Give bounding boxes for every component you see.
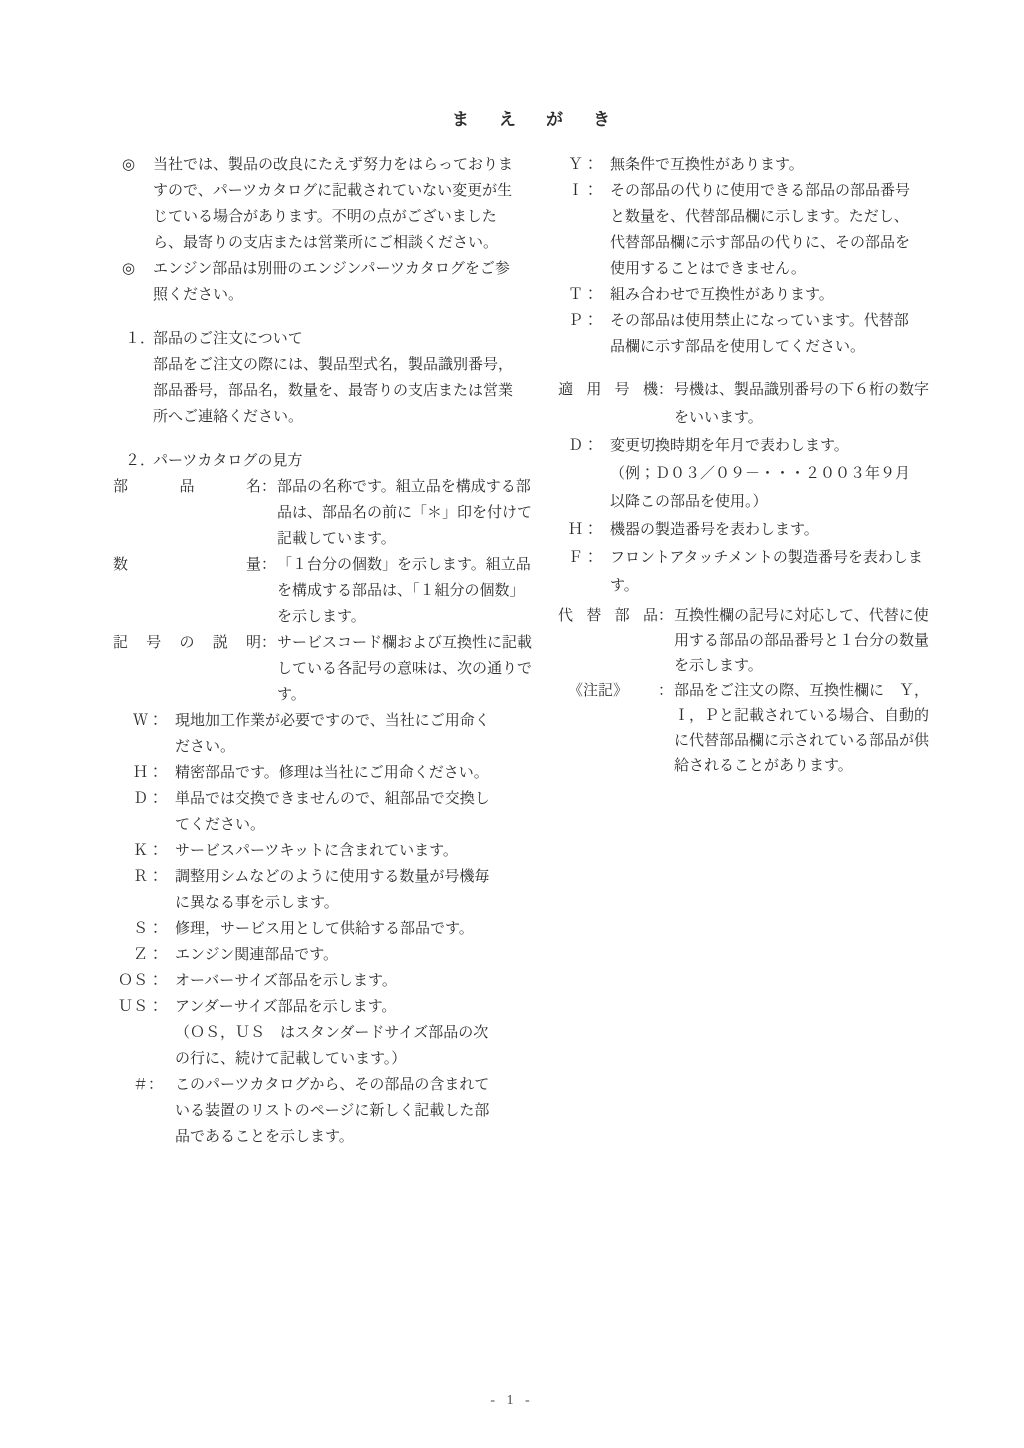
note-item: ◎ 当社では、製品の改良にたえず努力をはらっておりますので、パーツカタログに記載… [113, 152, 533, 256]
remark-desc: 部品をご注文の際、互換性欄に Ｙ，Ｉ，Ｐと記載されている場合、自動的に代替部品欄… [674, 679, 935, 779]
definition-desc: サービスコード欄および互換性に記載している各記号の意味は、次の通りです。 [277, 630, 533, 708]
definition-row: 記号の説明 ： サービスコード欄および互換性に記載している各記号の意味は、次の通… [113, 630, 533, 708]
section-heading: １． 部品のご注文について [125, 326, 533, 352]
section-heading: ２． パーツカタログの見方 [125, 448, 533, 474]
definition-term: 代替部品 [558, 604, 658, 629]
section-number: ２． [125, 448, 153, 474]
symbol-desc: 調整用シムなどのように使用する数量が号機毎に異なる事を示します。 [175, 864, 501, 916]
definition-colon: ： [261, 474, 277, 500]
symbol-code: Ｚ： [113, 942, 163, 968]
definition-term: 部品名 [113, 474, 261, 500]
symbol-row: Ｆ： フロントアタッチメントの製造番号を表わします。 [558, 544, 940, 600]
remark-row: 《注記》 ： 部品をご注文の際、互換性欄に Ｙ，Ｉ，Ｐと記載されている場合、自動… [558, 679, 940, 779]
symbol-desc: 修理，サービス用として供給する部品です。 [175, 916, 501, 942]
definition-term: 適用号機 [558, 376, 658, 404]
symbol-code: Ｐ： [558, 308, 598, 334]
symbol-desc: アンダーサイズ部品を示します。 （ＯＳ，ＵＳ はスタンダードサイズ部品の次の行に… [175, 994, 501, 1072]
definition-colon: ： [261, 630, 277, 656]
symbol-row: Ｚ： エンジン関連部品です。 [113, 942, 533, 968]
applicable-serial-block: 適用号機 ： 号機は、製品識別番号の下６桁の数字をいいます。 Ｄ： 変更切換時期… [558, 376, 940, 600]
symbol-row: Ｈ： 精密部品です。修理は当社にご用命ください。 [113, 760, 533, 786]
symbol-code: Ｔ： [558, 282, 598, 308]
symbol-row: Ｐ： その部品は使用禁止になっています。代替部品欄に示す部品を使用してください。 [558, 308, 940, 360]
symbol-desc: 組み合わせで互換性があります。 [610, 282, 923, 308]
symbol-row: Ｄ： 変更切換時期を年月で表わします。 （例；Ｄ０３／０９－・・・２００３年９月… [558, 432, 940, 516]
symbol-code: Ｙ： [558, 152, 598, 178]
symbol-row: Ｔ： 組み合わせで互換性があります。 [558, 282, 940, 308]
symbol-code: ＃： [113, 1072, 163, 1098]
definition-colon: ： [261, 552, 277, 578]
note-item: ◎ エンジン部品は別冊のエンジンパーツカタログをご参照ください。 [113, 256, 533, 308]
symbol-row: Ｙ： 無条件で互換性があります。 [558, 152, 940, 178]
section-ordering: １． 部品のご注文について 部品をご注文の際には、製品型式名，製品識別番号，部品… [113, 326, 533, 430]
symbol-row: Ｒ： 調整用シムなどのように使用する数量が号機毎に異なる事を示します。 [113, 864, 533, 916]
symbol-code: Ｈ： [558, 516, 598, 544]
definition-colon: ： [658, 679, 674, 704]
page-title: まえがき [452, 107, 640, 133]
symbol-desc: サービスパーツキットに含まれています。 [175, 838, 501, 864]
symbol-desc: 単品では交換できませんので、組部品で交換してください。 [175, 786, 501, 838]
symbol-code: Ｈ： [113, 760, 163, 786]
definition-row: 数量 ： 「１台分の個数」を示します。組立品を構成する部品は、「１組分の個数」を… [113, 552, 533, 630]
symbol-code: Ｋ： [113, 838, 163, 864]
alternate-parts-block: 代替部品 ： 互換性欄の記号に対応して、代替に使用する部品の部品番号と１台分の数… [558, 604, 940, 779]
definition-desc: 部品の名称です。組立品を構成する部品は、部品名の前に「＊」印を付けて記載していま… [277, 474, 533, 552]
definition-term: 記号の説明 [113, 630, 261, 656]
symbol-code: Ｉ： [558, 178, 598, 204]
symbol-row: ＯＳ： オーバーサイズ部品を示します。 [113, 968, 533, 994]
symbol-desc: 現地加工作業が必要ですので、当社にご用命ください。 [175, 708, 501, 760]
symbol-desc: オーバーサイズ部品を示します。 [175, 968, 501, 994]
symbol-row: Ｉ： その部品の代りに使用できる部品の部品番号と数量を、代替部品欄に示します。た… [558, 178, 940, 282]
symbol-row: Ｗ： 現地加工作業が必要ですので、当社にご用命ください。 [113, 708, 533, 760]
definition-desc: 号機は、製品識別番号の下６桁の数字をいいます。 [674, 376, 935, 432]
note-bullet: ◎ [122, 256, 153, 282]
symbol-desc: 無条件で互換性があります。 [610, 152, 923, 178]
symbol-desc: 精密部品です。修理は当社にご用命ください。 [175, 760, 501, 786]
note-bullet: ◎ [122, 152, 153, 178]
note-text: 当社では、製品の改良にたえず努力をはらっておりますので、パーツカタログに記載され… [153, 152, 521, 256]
definition-row: 適用号機 ： 号機は、製品識別番号の下６桁の数字をいいます。 [558, 376, 940, 432]
symbol-desc: フロントアタッチメントの製造番号を表わします。 [610, 544, 923, 600]
symbol-desc: このパーツカタログから、その部品の含まれている装置のリストのページに新しく記載し… [175, 1072, 501, 1150]
definition-row: 部品名 ： 部品の名称です。組立品を構成する部品は、部品名の前に「＊」印を付けて… [113, 474, 533, 552]
symbol-row: Ｓ： 修理，サービス用として供給する部品です。 [113, 916, 533, 942]
section-title: パーツカタログの見方 [153, 448, 302, 474]
definition-colon: ： [658, 604, 674, 629]
symbol-code: Ｓ： [113, 916, 163, 942]
note-text: エンジン部品は別冊のエンジンパーツカタログをご参照ください。 [153, 256, 521, 308]
symbol-row: Ｋ： サービスパーツキットに含まれています。 [113, 838, 533, 864]
section-title: 部品のご注文について [153, 326, 303, 352]
symbol-code: Ｒ： [113, 864, 163, 890]
symbol-code: Ｗ： [113, 708, 163, 734]
symbol-row: Ｈ： 機器の製造番号を表わします。 [558, 516, 940, 544]
symbol-desc: 機器の製造番号を表わします。 [610, 516, 923, 544]
document-page: まえがき ◎ 当社では、製品の改良にたえず努力をはらっておりますので、パーツカタ… [0, 0, 1024, 1448]
section-number: １． [125, 326, 153, 352]
definition-term: 数量 [113, 552, 261, 578]
symbol-desc: その部品の代りに使用できる部品の部品番号と数量を、代替部品欄に示します。ただし、… [610, 178, 923, 282]
symbol-code: ＵＳ： [113, 994, 163, 1020]
page-number: - 1 - [0, 1388, 1024, 1414]
symbol-desc: 変更切換時期を年月で表わします。 （例；Ｄ０３／０９－・・・２００３年９月以降こ… [610, 432, 923, 516]
symbol-code: Ｆ： [558, 544, 598, 572]
definition-colon: ： [658, 376, 674, 404]
symbol-desc: その部品は使用禁止になっています。代替部品欄に示す部品を使用してください。 [610, 308, 923, 360]
remark-label: 《注記》 [558, 679, 658, 704]
symbol-code: ＯＳ： [113, 968, 163, 994]
symbol-row: ＃： このパーツカタログから、その部品の含まれている装置のリストのページに新しく… [113, 1072, 533, 1150]
definition-desc: 互換性欄の記号に対応して、代替に使用する部品の部品番号と１台分の数量を示します。 [674, 604, 935, 679]
symbol-row: Ｄ： 単品では交換できませんので、組部品で交換してください。 [113, 786, 533, 838]
symbol-desc: エンジン関連部品です。 [175, 942, 501, 968]
symbol-code: Ｄ： [113, 786, 163, 812]
right-column: Ｙ： 無条件で互換性があります。 Ｉ： その部品の代りに使用できる部品の部品番号… [558, 152, 940, 779]
definition-row: 代替部品 ： 互換性欄の記号に対応して、代替に使用する部品の部品番号と１台分の数… [558, 604, 940, 679]
symbol-code: Ｄ： [558, 432, 598, 460]
section-body: 部品をご注文の際には、製品型式名，製品識別番号，部品番号，部品名，数量を、最寄り… [153, 352, 521, 430]
left-column: ◎ 当社では、製品の改良にたえず努力をはらっておりますので、パーツカタログに記載… [113, 152, 533, 1150]
symbol-row: ＵＳ： アンダーサイズ部品を示します。 （ＯＳ，ＵＳ はスタンダードサイズ部品の… [113, 994, 533, 1072]
definition-desc: 「１台分の個数」を示します。組立品を構成する部品は、「１組分の個数」を示します。 [277, 552, 533, 630]
section-how-to-read: ２． パーツカタログの見方 部品名 ： 部品の名称です。組立品を構成する部品は、… [113, 448, 533, 1150]
